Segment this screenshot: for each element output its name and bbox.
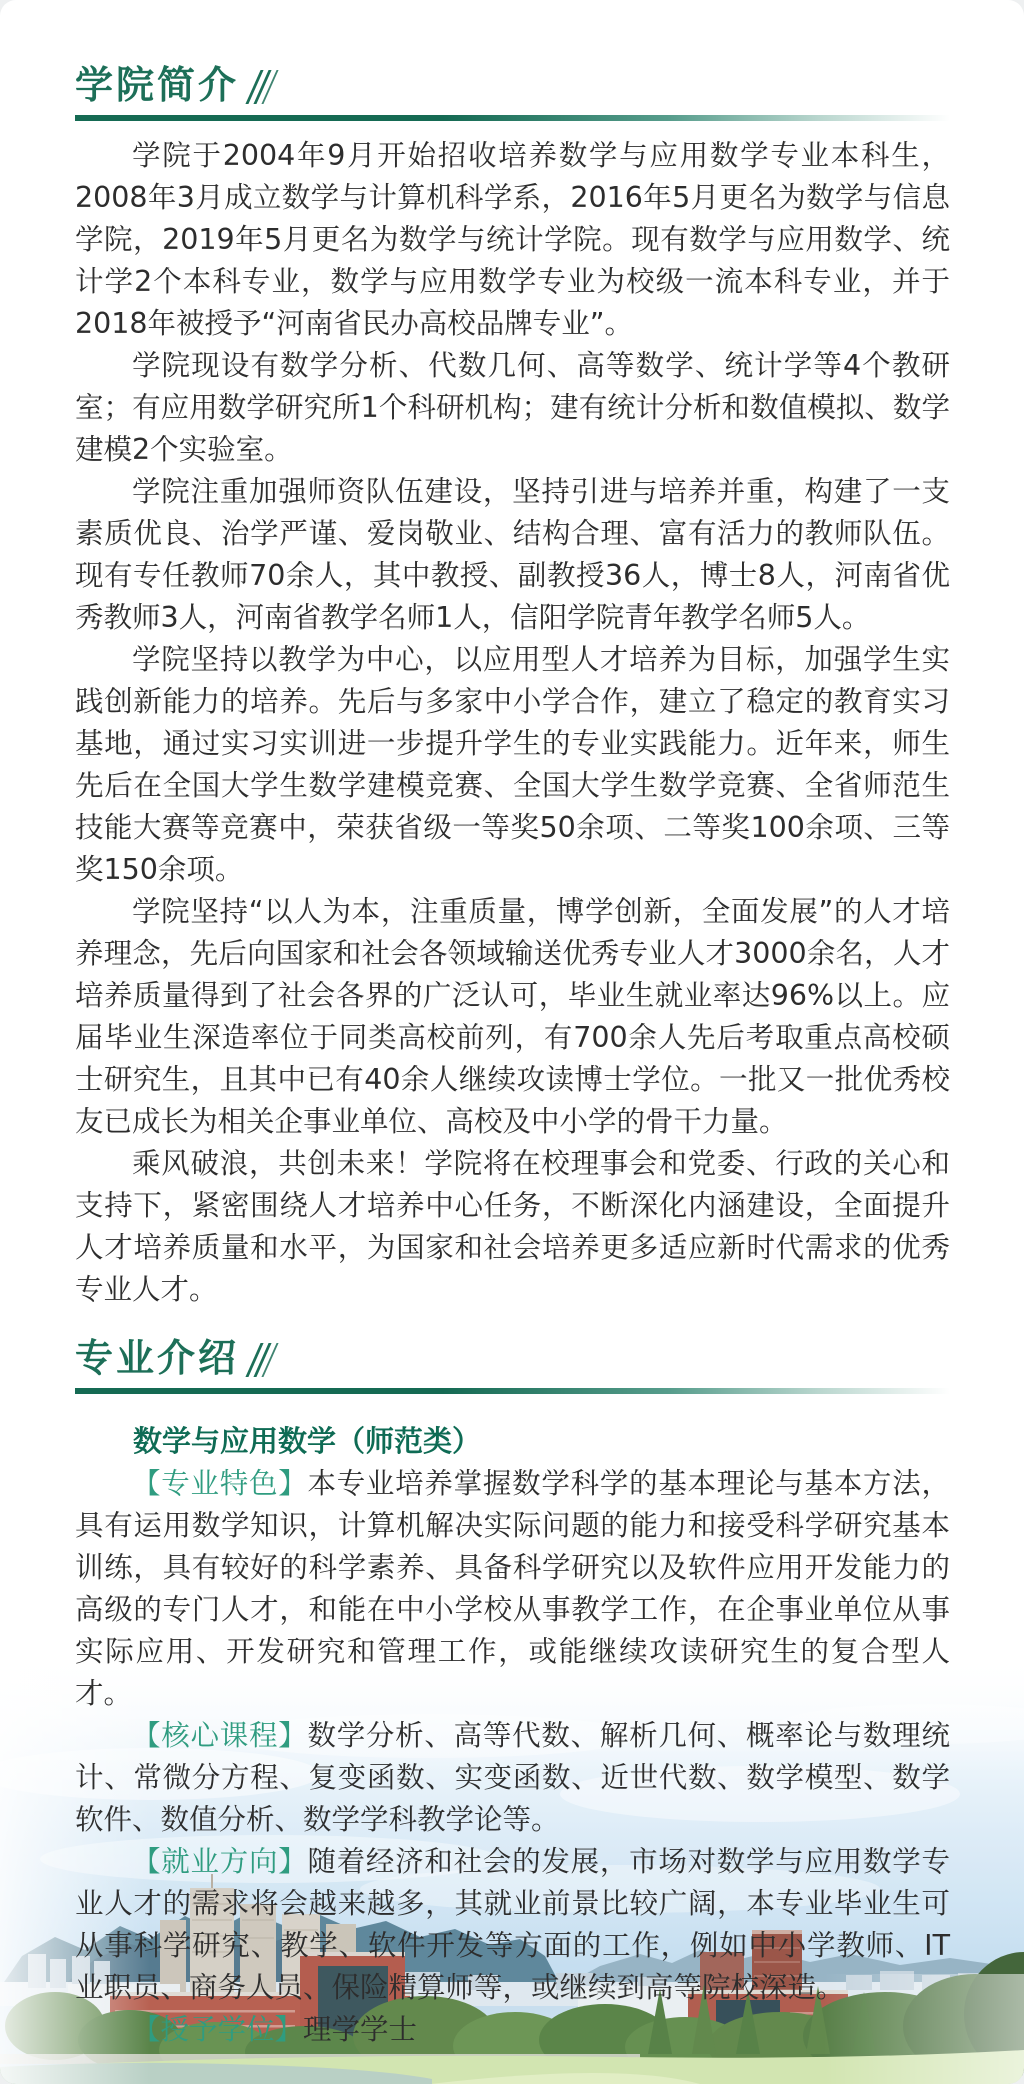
feature-text: 本专业培养掌握数学科学的基本理论与基本方法，具有运用数学知识，计算机解决实际问题… — [75, 1467, 950, 1710]
major-degree-paragraph: 【授予学位】理学学士 — [75, 2009, 950, 2051]
paragraph: 学院注重加强师资队伍建设，坚持引进与培养并重，构建了一支素质优良、治学严谨、爱岗… — [75, 471, 950, 639]
careers-label: 【就业方向】 — [132, 1845, 307, 1878]
intro-heading-text: 学院简介 — [75, 62, 239, 108]
paragraph: 学院坚持以教学为中心，以应用型人才培养为目标，加强学生实践创新能力的培养。先后与… — [75, 639, 950, 891]
paragraph: 乘风破浪，共创未来！学院将在校理事会和党委、行政的关心和支持下，紧密围绕人才培养… — [75, 1143, 950, 1311]
brochure-page: 学院简介 学院于2004年9月开始招收培养数学与应用数学专业本科生，2008年3… — [0, 0, 1024, 2084]
major-detail-paragraphs: 【专业特色】本专业培养掌握数学科学的基本理论与基本方法，具有运用数学知识，计算机… — [75, 1463, 950, 2051]
paragraph: 学院于2004年9月开始招收培养数学与应用数学专业本科生，2008年3月成立数学… — [75, 135, 950, 345]
degree-text: 理学学士 — [303, 2013, 417, 2046]
majors-section-heading: 专业介绍 — [75, 1335, 950, 1381]
heading-slashes-icon — [253, 1343, 271, 1381]
major-feature-paragraph: 【专业特色】本专业培养掌握数学科学的基本理论与基本方法，具有运用数学知识，计算机… — [75, 1463, 950, 1715]
major-careers-paragraph: 【就业方向】随着经济和社会的发展，市场对数学与应用数学专业人才的需求将会越来越多… — [75, 1841, 950, 2009]
intro-section-heading: 学院简介 — [75, 62, 950, 108]
majors-heading-text: 专业介绍 — [75, 1335, 239, 1381]
courses-label: 【核心课程】 — [132, 1719, 307, 1752]
page-content: 学院简介 学院于2004年9月开始招收培养数学与应用数学专业本科生，2008年3… — [0, 62, 1024, 2051]
intro-section: 学院简介 学院于2004年9月开始招收培养数学与应用数学专业本科生，2008年3… — [75, 62, 950, 1311]
paragraph: 学院坚持“以人为本，注重质量，博学创新，全面发展”的人才培养理念，先后向国家和社… — [75, 891, 950, 1143]
heading-underline — [75, 1388, 950, 1394]
major-courses-paragraph: 【核心课程】数学分析、高等代数、解析几何、概率论与数理统计、常微分方程、复变函数… — [75, 1715, 950, 1841]
feature-label: 【专业特色】 — [132, 1467, 307, 1500]
paragraph: 学院现设有数学分析、代数几何、高等数学、统计学等4个教研室；有应用数学研究所1个… — [75, 345, 950, 471]
heading-slashes-icon — [253, 70, 271, 108]
degree-label: 【授予学位】 — [132, 2013, 303, 2046]
major-title: 数学与应用数学（师范类） — [75, 1420, 950, 1463]
intro-paragraphs: 学院于2004年9月开始招收培养数学与应用数学专业本科生，2008年3月成立数学… — [75, 135, 950, 1311]
majors-section: 专业介绍 数学与应用数学（师范类） 【专业特色】本专业培养掌握数学科学的基本理论… — [75, 1335, 950, 2051]
heading-underline — [75, 115, 950, 121]
